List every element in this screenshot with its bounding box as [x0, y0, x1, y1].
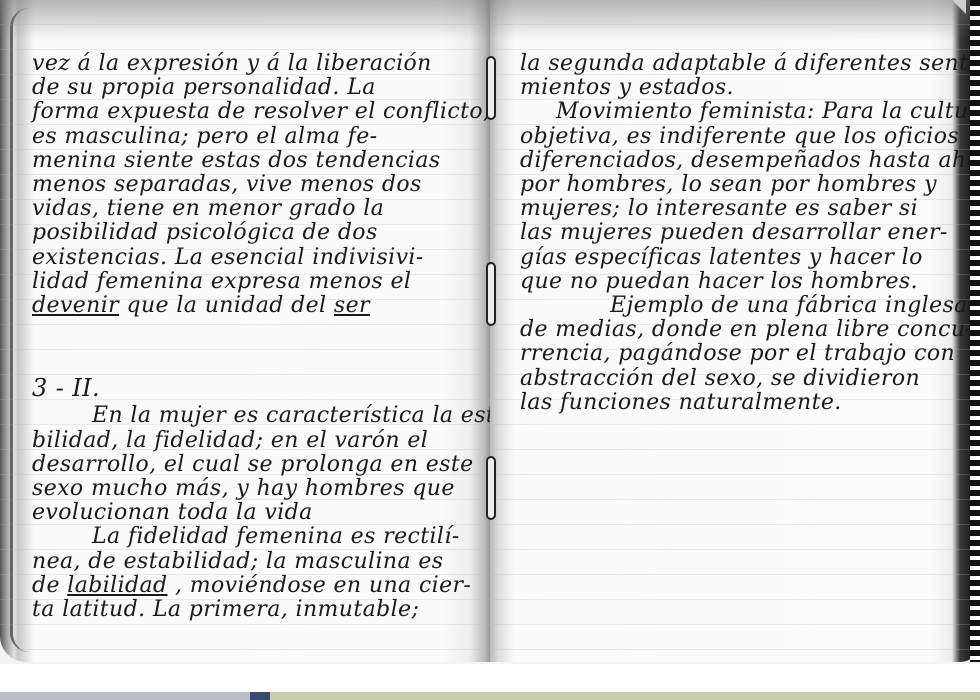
text-line: las mujeres pueden desarrollar ener-: [520, 221, 950, 245]
text-line: de medias, donde en plena libre concu-: [520, 318, 950, 342]
text-line: que no puedan hacer los hombres.: [520, 270, 950, 294]
text-line: de su propia personalidad. La: [32, 76, 482, 100]
text-line: mientos y estados.: [520, 76, 950, 100]
text-line: rrencia, pagándose por el trabajo con: [520, 342, 950, 366]
text-line: En la mujer es característica la esta-: [32, 404, 482, 428]
text-line: por hombres, lo sean por hombres y: [520, 173, 950, 197]
right-paragraph-3: Ejemplo de una fábrica inglesa de medias…: [520, 294, 950, 415]
left-paragraph-1: vez á la expresión y á la liberación de …: [32, 52, 482, 318]
right-paragraph-1: la segunda adaptable á diferentes senti-…: [520, 52, 950, 100]
text-line: posibilidad psicológica de dos: [32, 221, 482, 245]
right-paragraph-2: Movimiento feminista: Para la cultura ob…: [520, 100, 950, 294]
text-line: las funciones naturalmente.: [520, 391, 950, 415]
right-page: la segunda adaptable á diferentes senti-…: [490, 0, 980, 662]
text-line: desarrollo, el cual se prolonga en este: [32, 453, 482, 477]
text-line: mujeres; lo interesante es saber si: [520, 197, 950, 221]
text-line-underlined-terms: devenir que la unidad del ser: [32, 294, 482, 318]
left-paragraph-3: La fidelidad femenina es rectilí- nea, d…: [32, 525, 482, 622]
top-shadow: [0, 0, 490, 40]
text-line: vez á la expresión y á la liberación: [32, 52, 482, 76]
text-line: La fidelidad femenina es rectilí-: [32, 525, 482, 549]
text-line: lidad femenina expresa menos el: [32, 270, 482, 294]
text-line: abstracción del sexo, se dividieron: [520, 367, 950, 391]
text-line: forma expuesta de resolver el conflicto,: [32, 100, 482, 124]
top-shadow: [490, 0, 980, 40]
text-line: nea, de estabilidad; la masculina es: [32, 550, 482, 574]
text-line: objetiva, es indiferente que los oficios: [520, 125, 950, 149]
text-line: bilidad, la fidelidad; en el varón el: [32, 429, 482, 453]
notebook-scan: vez á la expresión y á la liberación de …: [0, 0, 980, 664]
right-page-text: la segunda adaptable á diferentes senti-…: [520, 52, 950, 415]
text-line: menos separadas, vive menos dos: [32, 173, 482, 197]
notebook-edge: [970, 0, 980, 662]
text-line: Movimiento feminista: Para la cultura: [520, 100, 950, 124]
text-fragment: , moviéndose en una cier-: [175, 573, 471, 598]
text-fragment: que la unidad del: [126, 293, 333, 318]
section-heading: 3 - II.: [32, 376, 482, 400]
page-corner-fold: [952, 0, 966, 14]
text-line: existencias. La esencial indivisivi-: [32, 246, 482, 270]
left-page-text: vez á la expresión y á la liberación de …: [32, 52, 482, 622]
underlined-word: labilidad: [67, 573, 167, 598]
text-fragment: de: [32, 573, 67, 598]
text-line: evolucionan toda la vida: [32, 501, 482, 525]
text-line: ta latitud. La primera, inmutable;: [32, 598, 482, 622]
text-line: vidas, tiene en menor grado la: [32, 197, 482, 221]
text-line: diferenciados, desempeñados hasta ahora: [520, 149, 950, 173]
binding-ring-icon: [486, 456, 496, 520]
text-line-underlined-terms: de labilidad , moviéndose en una cier-: [32, 574, 482, 598]
scan-bottom-strip: [0, 692, 980, 700]
text-line: gías específicas latentes y hacer lo: [520, 246, 950, 270]
binding-ring-icon: [486, 262, 496, 326]
underlined-word: devenir: [32, 293, 119, 318]
left-paragraph-2: En la mujer es característica la esta- b…: [32, 404, 482, 525]
text-line: menina siente estas dos tendencias: [32, 149, 482, 173]
text-line: es masculina; pero el alma fe-: [32, 125, 482, 149]
text-line: sexo mucho más, y hay hombres que: [32, 477, 482, 501]
text-line: Ejemplo de una fábrica inglesa: [520, 294, 950, 318]
binding-ring-icon: [486, 56, 496, 120]
text-line: la segunda adaptable á diferentes senti-: [520, 52, 950, 76]
underlined-word: ser: [334, 293, 370, 318]
left-page: vez á la expresión y á la liberación de …: [0, 0, 490, 662]
